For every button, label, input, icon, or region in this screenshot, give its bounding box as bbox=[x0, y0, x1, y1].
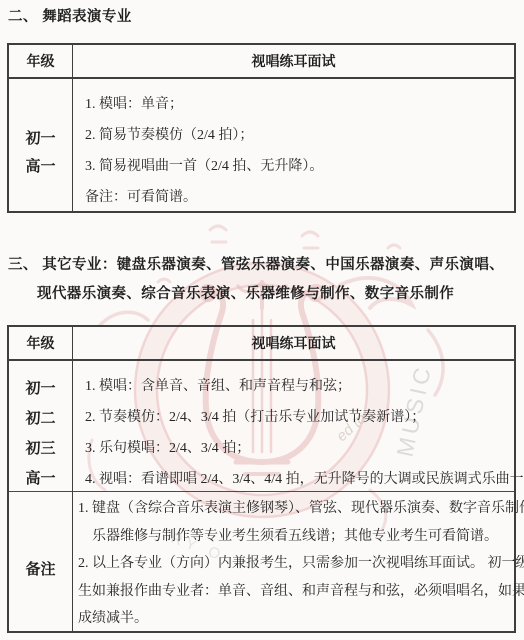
table1-interview-column-header: 视唱练耳面试 bbox=[73, 45, 514, 79]
section-2-heading: 二、 舞蹈表演专业 bbox=[8, 5, 132, 26]
section-3-heading-line-2: 现代器乐演奏、综合音乐表演、乐器维修与制作、数字音乐制作 bbox=[8, 280, 504, 309]
other-majors-table: 年级 视唱练耳面试 初一 初二 初三 高一 1. 模唱：含单音、音组、和声音程与… bbox=[7, 325, 516, 633]
section-3-heading-line-1: 三、 其它专业：键盘乐器演奏、管弦乐器演奏、中国乐器演奏、声乐演唱、 bbox=[8, 251, 504, 280]
grade-label: 高一 bbox=[25, 464, 55, 494]
table2-grade-column-header: 年级 bbox=[9, 327, 73, 361]
table2-notes-label-cell: 备注 bbox=[9, 492, 73, 633]
requirement-item: 2. 节奏模仿：2/4、3/4 拍（打击乐专业加试节奏新谱）； bbox=[85, 402, 510, 433]
table1-grade-column-header: 年级 bbox=[9, 45, 73, 79]
grade-label: 初二 bbox=[25, 404, 55, 434]
note-line: 生如兼报作曲专业者：单音、音组、和声音程与和弦，必须唱唱名，如果模唱， bbox=[78, 578, 510, 606]
note-line: 乐器维修与制作等专业考生须看五线谱；其他专业考生可看简谱。 bbox=[78, 523, 510, 551]
note-line: 成绩减半。 bbox=[78, 605, 510, 633]
requirement-item: 1. 模唱：含单音、音组、和声音程与和弦； bbox=[85, 371, 510, 402]
table1-requirements-cell: 1. 模唱：单音； 2. 简易节奏模仿（2/4 拍）； 3. 简易视唱曲一首（2… bbox=[73, 79, 514, 213]
grade-label: 初三 bbox=[25, 434, 55, 464]
requirement-item: 1. 模唱：单音； bbox=[85, 89, 510, 120]
table2-grade-cell: 初一 初二 初三 高一 bbox=[9, 361, 73, 492]
requirement-item: 4. 视唱：看谱即唱 2/4、3/4、4/4 拍，无升降号的大调或民族调式乐曲一… bbox=[85, 464, 510, 495]
grade-label: 初一 bbox=[25, 125, 55, 153]
table2-interview-column-header: 视唱练耳面试 bbox=[73, 327, 514, 361]
requirement-note: 备注：可看简谱。 bbox=[85, 182, 510, 213]
dance-major-table: 年级 视唱练耳面试 初一 高一 1. 模唱：单音； 2. 简易节奏模仿（2/4 … bbox=[7, 43, 516, 213]
notes-label: 备注 bbox=[25, 555, 55, 585]
table2-requirements-cell: 1. 模唱：含单音、音组、和声音程与和弦； 2. 节奏模仿：2/4、3/4 拍（… bbox=[73, 361, 514, 492]
table1-grade-cell: 初一 高一 bbox=[9, 79, 73, 213]
requirement-item: 2. 简易节奏模仿（2/4 拍）； bbox=[85, 120, 510, 151]
note-line: 2. 以上各专业（方向）内兼报考生，只需参加一次视唱练耳面试。 初一级考 bbox=[78, 550, 510, 578]
requirement-item: 3. 简易视唱曲一首（2/4 拍、无升降）。 bbox=[85, 151, 510, 182]
table2-notes-cell: 1. 键盘（含综合音乐表演主修钢琴）、管弦、现代器乐演奏、数字音乐制作、 乐器维… bbox=[73, 492, 514, 633]
grade-label: 高一 bbox=[25, 153, 55, 181]
note-line: 1. 键盘（含综合音乐表演主修钢琴）、管弦、现代器乐演奏、数字音乐制作、 bbox=[78, 495, 510, 523]
grade-label: 初一 bbox=[25, 374, 55, 404]
requirement-item: 3. 乐句模唱：2/4、3/4 拍； bbox=[85, 433, 510, 464]
section-3-heading: 三、 其它专业：键盘乐器演奏、管弦乐器演奏、中国乐器演奏、声乐演唱、 现代器乐演… bbox=[8, 251, 504, 309]
